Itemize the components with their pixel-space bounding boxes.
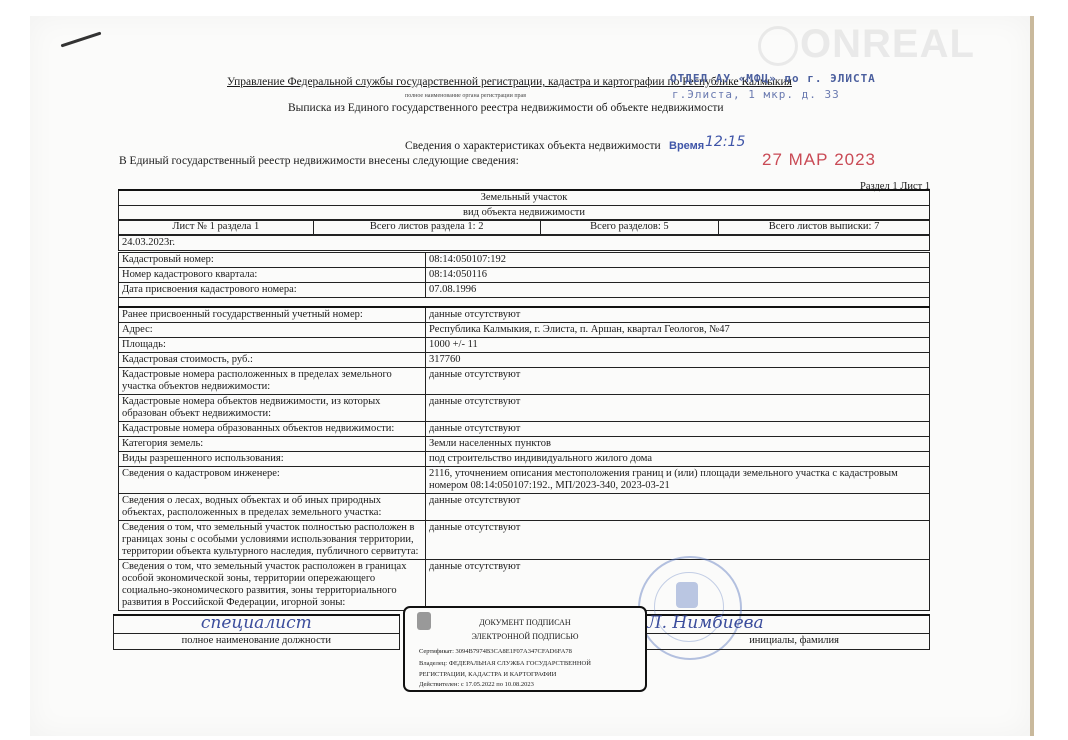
watermark: ONREAL [800,22,975,67]
table-row: Кадастровые номера объектов недвижимости… [119,395,930,422]
row-value: данные отсутствуют [426,368,930,395]
row-label: Сведения о лесах, водных объектах и об и… [119,494,426,521]
row-label: Сведения о том, что земельный участок по… [119,521,426,560]
ecp-title-1: ДОКУМЕНТ ПОДПИСАН [405,618,645,627]
table-row: Ранее присвоенный государственный учетны… [119,307,930,323]
characteristics-table: Кадастровый номер:08:14:050107:192 Номер… [118,252,930,611]
table-row: Сведения о кадастровом инженере:2116, ут… [119,467,930,494]
section-title: Сведения о характеристиках объекта недви… [405,140,661,152]
row-label: Кадастровая стоимость, руб.: [119,353,426,368]
table-row: Сведения о том, что земельный участок ра… [119,560,930,611]
table-row: Категория земель:Земли населенных пункто… [119,437,930,452]
table-gap [119,298,930,308]
time-stamp-value: 12:15 [705,134,745,150]
ecp-owner-1: Владелец: ФЕДЕРАЛЬНАЯ СЛУЖБА ГОСУДАРСТВЕ… [419,660,591,667]
name-signature: Л. Нимбиева [644,615,930,634]
row-label: Номер кадастрового квартала: [119,268,426,283]
date-table: 24.03.2023г. [118,235,930,251]
row-value: 2116, уточнением описания местоположения… [426,467,930,494]
ecp-certificate: Сертификат: 3094B7974B3CA8E1F07A347CFAD6… [419,648,572,655]
electronic-signature-block: ДОКУМЕНТ ПОДПИСАН ЭЛЕКТРОННОЙ ПОДПИСЬЮ С… [403,606,647,692]
table-row: Виды разрешенного использования:под стро… [119,452,930,467]
position-signature: специалист [114,615,400,634]
table-row: Адрес:Республика Калмыкия, г. Элиста, п.… [119,323,930,338]
table-row: Кадастровые номера образованных объектов… [119,422,930,437]
ecp-owner-2: РЕГИСТРАЦИИ, КАДАСТРА И КАРТОГРАФИИ [419,671,556,678]
row-label: Ранее присвоенный государственный учетны… [119,307,426,323]
row-value: Республика Калмыкия, г. Элиста, п. Аршан… [426,323,930,338]
date-stamp: 27 МАР 2023 [762,150,876,170]
row-label: Категория земель: [119,437,426,452]
row-value: данные отсутствуют [426,494,930,521]
row-label: Кадастровый номер: [119,253,426,268]
position-caption: полное наименование должности [114,634,400,650]
row-label: Виды разрешенного использования: [119,452,426,467]
row-value: данные отсутствуют [426,422,930,437]
row-label: Адрес: [119,323,426,338]
row-value: 1000 +/- 11 [426,338,930,353]
table-row: Сведения о том, что земельный участок по… [119,521,930,560]
mfc-stamp-line2: г.Элиста, 1 мкр. д. 33 [672,88,840,101]
table-row: Кадастровые номера расположенных в преде… [119,368,930,395]
sections-total: Всего разделов: 5 [540,220,718,235]
sheet-info-table: Лист № 1 раздела 1 Всего листов раздела … [118,219,930,235]
object-type: Земельный участок [119,190,930,206]
row-label: Сведения о кадастровом инженере: [119,467,426,494]
watermark-logo-icon [758,26,798,66]
authority-caption: полное наименование органа регистрации п… [405,93,526,99]
name-handwritten: Л. Нимбиева [647,613,763,633]
seal-logo-icon [676,582,698,608]
row-label: Кадастровые номера образованных объектов… [119,422,426,437]
time-stamp-label: Время [669,140,704,152]
row-label: Сведения о том, что земельный участок ра… [119,560,426,611]
table-row: Площадь:1000 +/- 11 [119,338,930,353]
row-value: 317760 [426,353,930,368]
row-label: Площадь: [119,338,426,353]
row-value: под строительство индивидуального жилого… [426,452,930,467]
ecp-title-2: ЭЛЕКТРОННОЙ ПОДПИСЬЮ [405,632,645,641]
row-value: 08:14:050116 [426,268,930,283]
table-row: Дата присвоения кадастрового номера:07.0… [119,283,930,298]
table-row: Сведения о лесах, водных объектах и об и… [119,494,930,521]
sheet-number: Лист № 1 раздела 1 [119,220,314,235]
extract-date: 24.03.2023г. [119,236,930,251]
sheets-in-section: Всего листов раздела 1: 2 [313,220,540,235]
row-label: Кадастровые номера расположенных в преде… [119,368,426,395]
sheets-total: Всего листов выписки: 7 [719,220,930,235]
row-label: Дата присвоения кадастрового номера: [119,283,426,298]
name-caption: инициалы, фамилия [644,634,930,650]
row-label: Кадастровые номера объектов недвижимости… [119,395,426,422]
position-handwritten: специалист [201,613,312,633]
mfc-stamp-line1: ОТДЕЛ АУ «МФЦ» по г. ЭЛИСТА [670,72,876,85]
row-value: 07.08.1996 [426,283,930,298]
row-value: Земли населенных пунктов [426,437,930,452]
row-value: данные отсутствуют [426,521,930,560]
intro-text: В Единый государственный реестр недвижим… [119,155,519,167]
extract-title: Выписка из Единого государственного реес… [288,102,724,114]
ecp-validity: Действителен: с 17.05.2022 по 10.08.2023 [419,681,534,688]
table-row: Номер кадастрового квартала:08:14:050116 [119,268,930,283]
object-type-table: Земельный участок вид объекта недвижимос… [118,189,930,221]
table-row: Кадастровая стоимость, руб.:317760 [119,353,930,368]
row-value: данные отсутствуют [426,395,930,422]
row-value: 08:14:050107:192 [426,253,930,268]
table-row: Кадастровый номер:08:14:050107:192 [119,253,930,268]
row-value: данные отсутствуют [426,307,930,323]
